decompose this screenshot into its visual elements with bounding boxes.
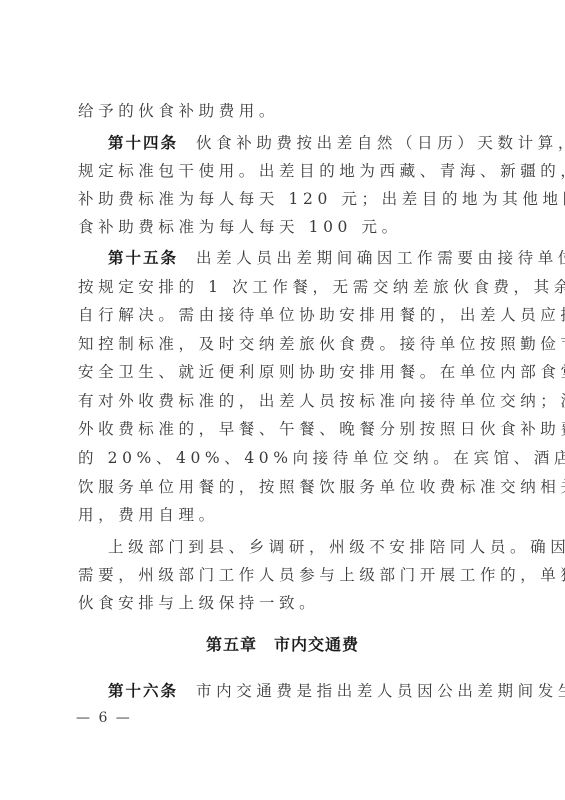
article-16-heading: 第十六条 (108, 682, 178, 700)
article-15-paragraph: 第十五条出差人员出差期间确因工作需要由接待单位 (108, 248, 494, 268)
article-15-heading: 第十五条 (108, 249, 178, 267)
text-line: 知控制标准，及时交纳差旅伙食费。接待单位按照勤俭节约、 (78, 334, 494, 354)
text-line: 饮服务单位用餐的，按照餐饮服务单位收费标准交纳相关费 (78, 477, 494, 497)
text-line: 食补助费标准为每人每天 100 元。 (78, 217, 494, 237)
text-line: 外收费标准的，早餐、午餐、晚餐分别按照日伙食补助费标准 (78, 419, 494, 439)
text-line: 规定标准包干使用。出差目的地为西藏、青海、新疆的，伙食 (78, 161, 494, 181)
text-line: 出差人员出差期间确因工作需要由接待单位 (196, 249, 565, 267)
text-line: 补助费标准为每人每天 120 元；出差目的地为其他地区的，伙 (78, 189, 494, 209)
text-line: 给予的伙食补助费用。 (78, 101, 494, 121)
text-line: 用，费用自理。 (78, 505, 494, 525)
text-line: 伙食安排与上级保持一致。 (78, 593, 494, 613)
text-line: 的 20%、40%、40%向接待单位交纳。在宾馆、酒店、饭店等餐 (78, 448, 494, 468)
article-14-paragraph: 第十四条伙食补助费按出差自然（日历）天数计算，按 (108, 133, 494, 153)
text-line: 伙食补助费按出差自然（日历）天数计算，按 (196, 134, 565, 152)
article-16-paragraph: 第十六条市内交通费是指出差人员因公出差期间发生的 (108, 681, 494, 701)
text-line: 市内交通费是指出差人员因公出差期间发生的 (196, 682, 565, 700)
text-line: 按规定安排的 1 次工作餐，无需交纳差旅伙食费，其余用餐应 (78, 277, 494, 297)
text-line: 自行解决。需由接待单位协助安排用餐的，出差人员应提前告 (78, 305, 494, 325)
text-line: 上级部门到县、乡调研，州级不安排陪同人员。确因工作 (108, 537, 494, 557)
page-number: — 6 — (76, 710, 132, 726)
text-line: 安全卫生、就近便利原则协助安排用餐。在单位内部食堂用餐， (78, 362, 494, 382)
text-line: 需要，州级部门工作人员参与上级部门开展工作的，单独发函， (78, 565, 494, 585)
chapter-title: 第五章 市内交通费 (0, 632, 565, 655)
article-14-heading: 第十四条 (108, 134, 178, 152)
text-line: 有对外收费标准的，出差人员按标准向接待单位交纳；没有对 (78, 391, 494, 411)
